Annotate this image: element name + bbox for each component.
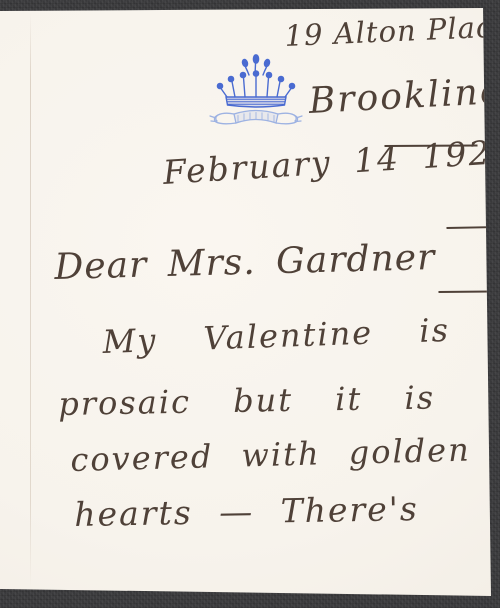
body-line-4: hearts — There's <box>74 492 419 531</box>
address-line-2: Brookline <box>308 74 500 120</box>
salutation-line: Dear Mrs. Gardner <box>54 240 436 286</box>
address-line-1: 19 Alton Place <box>284 12 500 51</box>
body-line-3: covered with golden <box>70 434 471 476</box>
ink-dash-after-salutation: — <box>436 275 494 306</box>
body-line-1: My Valentine is <box>102 314 450 358</box>
body-line-2: prosaic but it is <box>58 381 435 420</box>
crown-crest-icon <box>200 52 312 132</box>
card-fold-crease <box>30 12 31 588</box>
date-line: February 14 1920 <box>162 135 500 189</box>
letter-card: 19 Alton Place Brookline — February 14 1… <box>0 0 500 608</box>
